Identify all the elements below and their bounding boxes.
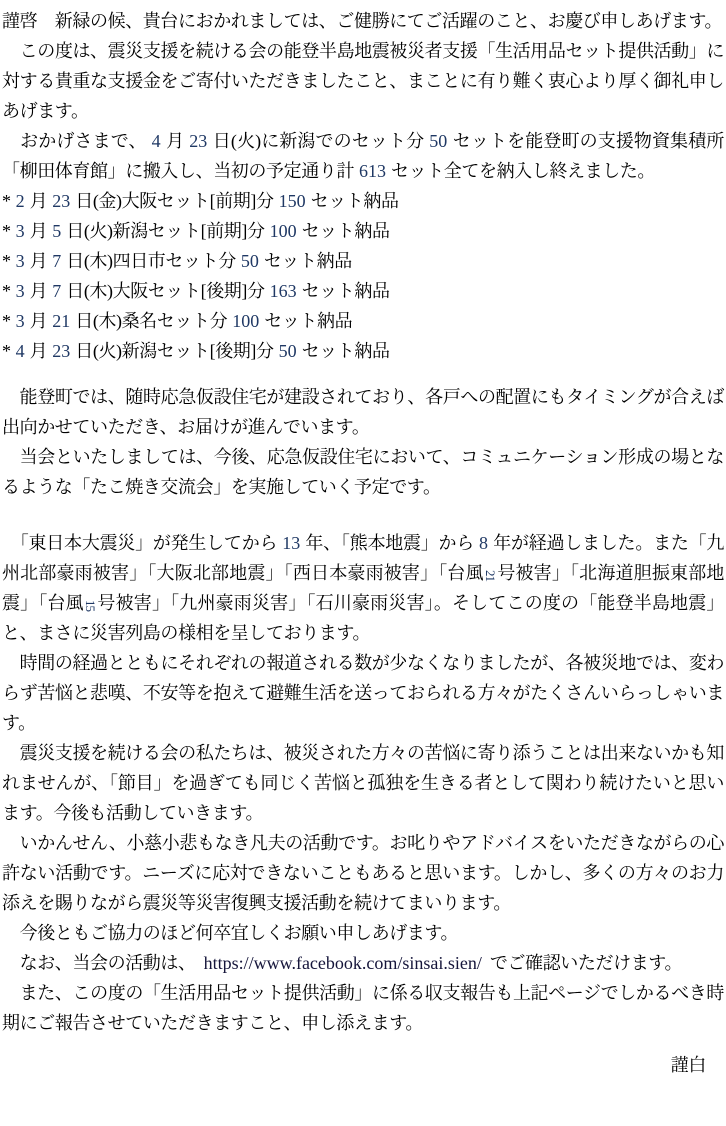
text-run: * [2, 251, 11, 271]
number-text: 3 [16, 281, 25, 301]
delivery-list-item: *3月5日(火)新潟セット[前期]分100セット納品 [2, 216, 724, 246]
text-run: いかんせん、小慈小悲もなき凡夫の活動です。お叱りやアドバイスをいただきながらの心… [2, 833, 724, 913]
letter-body: 謹啓 新緑の候、貴台におかれましては、ご健勝にてご活躍のこと、お慶び申しあげます… [2, 6, 724, 1080]
number-text: 50 [279, 341, 297, 361]
financial-report-paragraph: また、この度の「生活用品セット提供活動」に係る収支報告も上記ページでしかるべき時… [2, 978, 724, 1038]
text-run: 日(火)に新潟でのセット分 [212, 131, 424, 151]
text-run: 日(木)大阪セット[後期]分 [66, 281, 264, 301]
text-run: でご確認いただけます。 [490, 953, 682, 973]
closing-salutation: 謹白 [2, 1050, 724, 1080]
text-run: * [2, 281, 11, 301]
text-run: 謹啓 新緑の候、貴台におかれましては、ご健勝にてご活躍のこと、お慶び申しあげます… [2, 11, 722, 31]
text-run: 今後ともご協力のほど何卒宜しくお願い申しあげます。 [2, 923, 458, 943]
text-run: 月 [30, 251, 48, 271]
text-run: セット全てを納入し終えました。 [391, 161, 655, 181]
text-run: 日(火)新潟セット[後期]分 [75, 341, 273, 361]
text-run: 「東日本大震災」が発生してから [2, 533, 277, 553]
text-run: セット納品 [302, 281, 390, 301]
number-text: 5 [52, 221, 61, 241]
number-text: 21 [52, 311, 70, 331]
number-text: 23 [52, 341, 70, 361]
temporary-housing-paragraph: 能登町では、随時応急仮設住宅が建設されており、各戸への配置にもタイミングが合えば… [2, 382, 724, 442]
text-run: 月 [30, 281, 48, 301]
delivery-list-item: *3月7日(木)大阪セット[後期]分163セット納品 [2, 276, 724, 306]
rotated-typhoon-number: 21 [484, 569, 497, 582]
text-run: セット納品 [302, 221, 390, 241]
text-run: 号被害」「九州豪雨災害」「石川豪雨災害」。そしてこの度の「能登半島地震」と、まさ… [2, 593, 724, 643]
text-run: セット納品 [302, 341, 390, 361]
number-text: 3 [16, 251, 25, 271]
takoyaki-plan-paragraph: 当会といたしましては、今後、応急仮設住宅において、コミュニケーション形成の場とな… [2, 442, 724, 502]
number-text: 7 [52, 251, 61, 271]
number-text: 3 [16, 311, 25, 331]
number-text: 100 [270, 221, 297, 241]
number-text: 150 [279, 191, 306, 211]
delivery-list-item: *3月21日(木)桑名セット分100セット納品 [2, 306, 724, 336]
humility-paragraph: いかんせん、小慈小悲もなき凡夫の活動です。お叱りやアドバイスをいただきながらの心… [2, 828, 724, 918]
text-run: なお、当会の活動は、 [2, 953, 196, 973]
paragraph-spacer [2, 366, 724, 382]
number-text: 4 [152, 131, 161, 151]
text-run: 謹白 [671, 1055, 706, 1075]
number-text: 100 [232, 311, 259, 331]
facebook-url-text[interactable]: https://www.facebook.com/sinsai.sien/ [204, 953, 482, 973]
text-run: 年、「熊本地震」から [305, 533, 474, 553]
text-run: * [2, 191, 11, 211]
text-run: 月 [30, 191, 48, 211]
letter-page: 謹啓 新緑の候、貴台におかれましては、ご健勝にてご活躍のこと、お慶び申しあげます… [0, 0, 726, 1126]
number-text: 23 [52, 191, 70, 211]
delivery-list-item: *2月23日(金)大阪セット[前期]分150セット納品 [2, 186, 724, 216]
request-paragraph: 今後ともご協力のほど何卒宜しくお願い申しあげます。 [2, 918, 724, 948]
text-run: 時間の経過とともにそれぞれの報道される数が少なくなりましたが、各被災地では、変わ… [2, 653, 724, 733]
text-run: 能登町では、随時応急仮設住宅が建設されており、各戸への配置にもタイミングが合えば… [2, 387, 724, 437]
number-text: 3 [16, 221, 25, 241]
disaster-history-paragraph: 「東日本大震災」が発生してから13年、「熊本地震」から8年が経過しました。また「… [2, 528, 724, 648]
number-text: 50 [241, 251, 259, 271]
text-run: * [2, 341, 11, 361]
thanks-paragraph: この度は、震災支援を続ける会の能登半島地震被災者支援「生活用品セット提供活動」に… [2, 36, 724, 126]
rotated-typhoon-number: 15 [84, 599, 97, 612]
text-run: セット納品 [311, 191, 399, 211]
text-run: * [2, 311, 11, 331]
paragraph-spacer [2, 1038, 724, 1050]
facebook-paragraph: なお、当会の活動は、https://www.facebook.com/sinsa… [2, 948, 724, 978]
text-run: 日(金)大阪セット[前期]分 [75, 191, 273, 211]
text-run: 日(木)四日市セット分 [66, 251, 236, 271]
text-run: この度は、震災支援を続ける会の能登半島地震被災者支援「生活用品セット提供活動」に… [2, 41, 724, 121]
number-text: 163 [270, 281, 297, 301]
text-run: セット納品 [264, 251, 352, 271]
delivery-list-item: *3月7日(木)四日市セット分50セット納品 [2, 246, 724, 276]
paragraph-spacer [2, 502, 724, 528]
text-run: 月 [30, 221, 48, 241]
number-text: 8 [479, 533, 488, 553]
text-run: 日(木)桑名セット分 [75, 311, 227, 331]
text-run: 日(火)新潟セット[前期]分 [66, 221, 264, 241]
text-run: 月 [30, 311, 48, 331]
commitment-paragraph: 震災支援を続ける会の私たちは、被災された方々の苦悩に寄り添うことは出来ないかも知… [2, 738, 724, 828]
number-text: 613 [359, 161, 386, 181]
number-text: 4 [16, 341, 25, 361]
text-run: セット納品 [264, 311, 352, 331]
opening-greeting: 謹啓 新緑の候、貴台におかれましては、ご健勝にてご活躍のこと、お慶び申しあげます… [2, 6, 724, 36]
text-run: * [2, 221, 11, 241]
text-run: また、この度の「生活用品セット提供活動」に係る収支報告も上記ページでしかるべき時… [2, 983, 724, 1033]
number-text: 23 [189, 131, 207, 151]
delivery-list-item: *4月23日(火)新潟セット[後期]分50セット納品 [2, 336, 724, 366]
text-run: 月 [166, 131, 185, 151]
text-run: 当会といたしましては、今後、応急仮設住宅において、コミュニケーション形成の場とな… [2, 447, 724, 497]
number-text: 50 [429, 131, 447, 151]
delivery-report-paragraph: おかげさまで、4月23日(火)に新潟でのセット分50セットを能登町の支援物資集積… [2, 126, 724, 186]
evacuees-paragraph: 時間の経過とともにそれぞれの報道される数が少なくなりましたが、各被災地では、変わ… [2, 648, 724, 738]
text-run: おかげさまで、 [2, 131, 147, 151]
number-text: 13 [282, 533, 300, 553]
number-text: 2 [16, 191, 25, 211]
text-run: 震災支援を続ける会の私たちは、被災された方々の苦悩に寄り添うことは出来ないかも知… [2, 743, 724, 823]
text-run: 月 [30, 341, 48, 361]
number-text: 7 [52, 281, 61, 301]
